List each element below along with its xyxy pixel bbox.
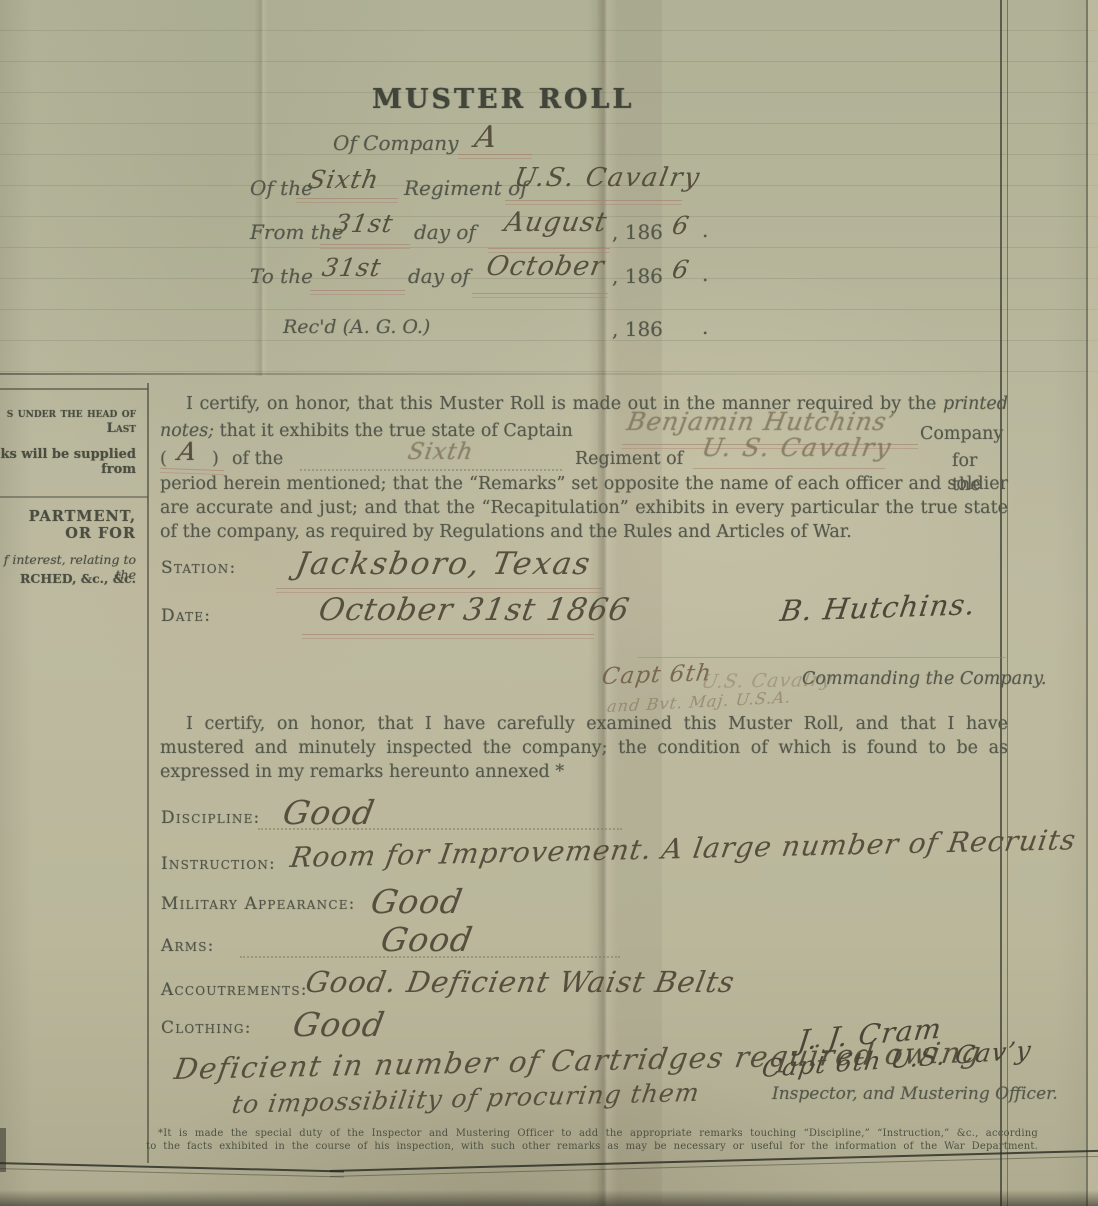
branch-body-underline [693,468,885,469]
to-day-underline [310,290,405,295]
form-title: MUSTER ROLL [372,84,634,115]
certify1-line4: period herein mentioned; that the “Remar… [160,472,1008,496]
date-value-handwritten: October 31st 1866 [316,592,633,628]
left-column-divider-rule [0,496,148,498]
to-month-underline [472,293,608,298]
left-column-border [147,383,149,1163]
certify1-line2-text: that it exhibits the true state of Capta… [214,421,573,441]
certify1-line6: of the company, as required by Regulatio… [160,520,852,544]
recd-year-printed: , 186 [612,317,663,341]
certification-paragraph-2: I certify, on honor, that I have careful… [160,712,1008,784]
margin-note-fragment-2: ks will be supplied from [0,447,136,477]
station-label: Station: [161,558,236,578]
from-year-printed: , 186 [612,220,663,244]
station-value-handwritten: Jacksboro, Texas [293,546,595,582]
margin-note-fragment-3: PARTMENT, OR FOR [0,508,136,542]
regiment-value-handwritten: Sixth [306,165,381,194]
of-company-label: Of Company [333,131,458,155]
certify2-line3: expressed in my remarks hereunto annexed… [160,760,1008,784]
branch-underline [505,200,682,205]
to-label: To the [250,264,313,288]
footnote-line2: to the facts exhibited in the course of … [146,1141,1038,1154]
discipline-label: Discipline: [161,808,260,828]
to-day-of-label: day of [408,264,470,288]
inspector-title-printed: Inspector, and Mustering Officer. [772,1084,1058,1104]
right-double-column-rule [1000,0,1008,1206]
margin-note-fragment-1: s under the head of Last [0,406,136,436]
certify1-line3-of-the: of the [232,447,283,471]
company-letter-handwritten: A [176,440,199,464]
footnote: *It is made the special duty of the Insp… [146,1128,1038,1153]
from-label: From the [250,220,344,244]
certify1-line2: notes; that it exhibits the true state o… [160,419,573,443]
clothing-label: Clothing: [161,1018,252,1038]
commander-signature-rule [638,657,1006,658]
fold-crease-horizontal [0,373,1005,375]
regiment-of-label: Regiment of [404,176,528,200]
commander-rank-handwritten: Capt 6th [600,660,714,690]
to-month-handwritten: October [484,251,607,282]
muster-roll-document: MUSTER ROLL Of Company A Of the Sixth Re… [0,0,1098,1206]
date-underline [302,634,594,639]
recd-line-period: . [702,315,708,339]
from-day-handwritten: 31st [332,209,396,238]
certify1-line1-italic: printed [943,394,1008,414]
certify1-line5: are accurate and just; and that the “Rec… [160,496,1008,520]
clothing-value-handwritten: Good [290,1005,388,1044]
certify1-line3-regiment-of: Regiment of [575,447,683,471]
military-appearance-value-handwritten: Good [368,882,466,921]
of-the-label: Of the [250,176,313,200]
discipline-value-handwritten: Good [280,793,378,832]
from-month-handwritten: August [502,207,610,238]
accoutrements-label: Accoutrements: [161,980,308,1000]
left-column-top-rule [0,388,148,390]
date-label: Date: [161,606,211,626]
footnote-line1: *It is made the special duty of the Insp… [146,1128,1038,1141]
branch-value-handwritten: U.S. Cavalry [512,163,704,193]
arms-label: Arms: [161,936,215,956]
certification-paragraph-1: I certify, on honor, that this Muster Ro… [160,392,1008,552]
regiment-underline [296,198,398,203]
certify1-line2-company: Company [920,422,1003,446]
to-day-handwritten: 31st [320,253,384,282]
certify2-line1: I certify, on honor, that I have careful… [160,712,1008,736]
to-line-period: . [702,262,708,286]
arms-value-handwritten: Good [378,920,476,959]
from-day-underline [320,244,410,249]
military-appearance-label: Military Appearance: [161,894,356,914]
commander-signature-handwritten: B. Hutchins. [778,587,978,628]
recd-label: Rec'd (A. G. O.) [283,316,430,338]
regiment-blank-dotted-line [300,469,562,471]
discipline-dotted-line [258,828,622,830]
margin-note-fragment-5: RCHED, &c., &c. [0,571,136,586]
regiment-body-handwritten: Sixth [406,440,475,464]
from-line-period: . [702,218,708,242]
instruction-label: Instruction: [161,854,276,874]
certify1-line3-close-paren: ) [212,447,219,471]
commanding-company-printed: Commanding the Company. [802,669,1046,689]
bottom-edge-shadow [0,1190,1098,1206]
company-underline [458,154,532,159]
to-year-printed: , 186 [612,264,663,288]
captain-name-handwritten: Benjamin Hutchins’ [625,410,898,434]
far-right-paper-strip [1088,0,1098,1206]
from-day-of-label: day of [414,220,476,244]
arms-dotted-line [240,956,620,958]
accoutrements-value-handwritten: Good. Deficient Waist Belts [303,965,738,999]
branch-body-handwritten: U. S. Cavalry [700,436,894,460]
certify2-line2: mustered and minutely inspected the comp… [160,736,1008,760]
